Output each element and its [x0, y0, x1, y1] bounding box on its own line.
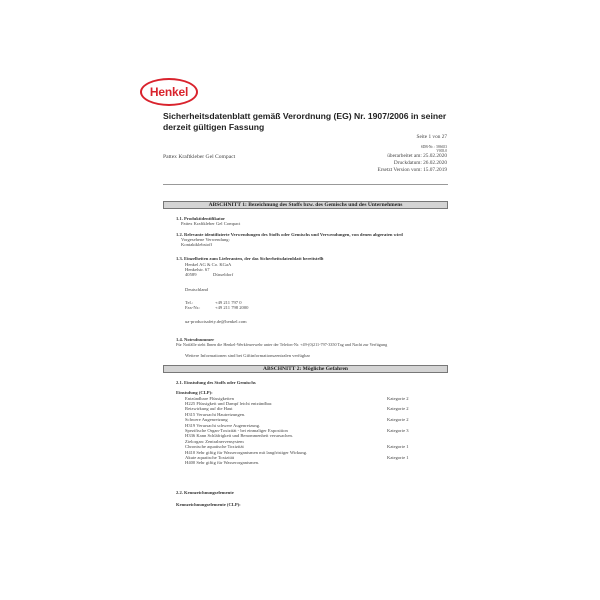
s14-text: Für Notfälle steht Ihnen die Henkel-Werk… [176, 342, 387, 347]
classification-category: Kategorie 2 [387, 417, 409, 422]
s14-more: Weitere Informationen sind bei Giftinfor… [185, 353, 310, 358]
classification-statement: H400 Sehr giftig für Wasserorganismen. [185, 460, 259, 465]
labeling-heading: Kennzeichnungselemente (CLP): [176, 502, 241, 507]
section-1-header: ABSCHNITT 1: Bezeichnung des Stoffs bzw.… [163, 201, 448, 209]
henkel-logo: Henkel [140, 78, 198, 106]
company-city: Düsseldorf [213, 272, 233, 277]
header-divider [163, 184, 448, 185]
s22-heading: 2.2. Kennzeichnungselemente [176, 490, 234, 495]
print-date: Druckdatum: 26.02.2020 [378, 160, 448, 167]
product-name: Pattex Kraftkleber Gel Compact [163, 154, 235, 160]
s11-value: Pattex Kraftkleber Gel Compact [181, 221, 240, 226]
replaces-version: Ersetzt Version vom: 15.07.2019 [378, 167, 448, 174]
fax-label: Fax-Nr.: [185, 305, 200, 310]
page-number: Seite 1 von 27 [378, 134, 448, 141]
email-link[interactable]: ua-productsafety.de@henkel.com [185, 319, 247, 324]
section-2-header: ABSCHNITT 2: Mögliche Gefahren [163, 365, 448, 373]
company-zip: 40589 [185, 272, 196, 277]
classification-category: Kategorie 2 [387, 406, 409, 411]
s21-heading: 2.1. Einstufung des Stoffs oder Gemischs [176, 380, 256, 385]
classification-category: Kategorie 3 [387, 428, 409, 433]
classification-category: Kategorie 1 [387, 444, 409, 449]
fax-value: +49 211 798 2000 [215, 305, 248, 310]
s12-line2: Kontaktklebstoff [181, 242, 212, 247]
document-title: Sicherheitsdatenblatt gemäß Verordnung (… [163, 111, 453, 132]
classification-category: Kategorie 1 [387, 455, 409, 460]
document-page: Henkel Sicherheitsdatenblatt gemäß Veror… [0, 0, 600, 600]
document-meta: Seite 1 von 27 SDB-Nr. : 586653 V003.0 ü… [378, 134, 448, 173]
revised-date: überarbeitet am: 25.02.2020 [378, 153, 448, 160]
company-country: Deutschland [185, 287, 208, 292]
classification-category: Kategorie 2 [387, 396, 409, 401]
s13-heading: 1.3. Einzelheiten zum Lieferanten, der d… [176, 256, 324, 261]
